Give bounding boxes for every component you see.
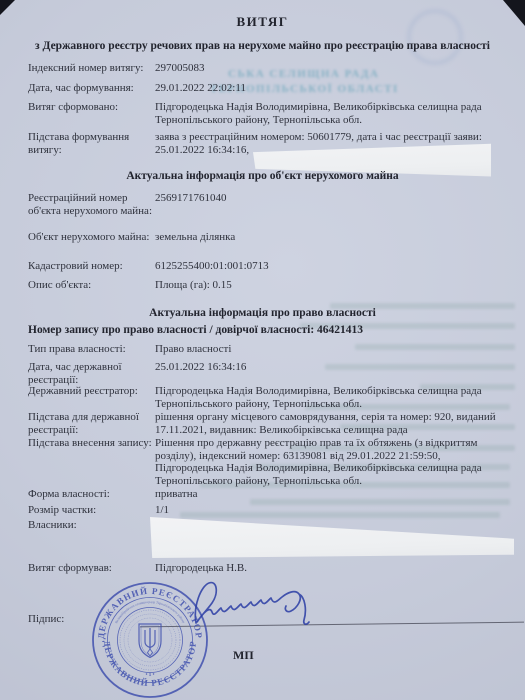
field-value: Підгородецька Надія Володимирівна, Велик… xyxy=(155,101,507,127)
formed-by-value: Підгородецька Н.В. xyxy=(155,562,507,575)
field-value: приватна xyxy=(155,488,507,501)
field-label: Реєстраційний номер об'єкта нерухомого м… xyxy=(28,192,155,218)
field-value: Рішення про державну реєстрацію прав та … xyxy=(155,437,507,487)
field-label: Дата, час формування: xyxy=(28,82,155,95)
field-label: Витяг сформовано: xyxy=(28,101,155,114)
signature-icon xyxy=(180,578,320,638)
photo-corner-shadow xyxy=(0,0,15,15)
field-label: Державний реєстратор: xyxy=(28,385,155,398)
document-subtitle: з Державного реєстру речових прав на нер… xyxy=(10,40,515,52)
field-value: 25.01.2022 16:34:16 xyxy=(155,361,507,374)
field-value: рішення органу місцевого самоврядування,… xyxy=(155,411,507,437)
field-value: Підгородецька Надія Володимирівна, Велик… xyxy=(155,385,507,411)
field-label: Форма власності: xyxy=(28,488,155,501)
document-title: ВИТЯГ xyxy=(0,14,525,30)
field-label: Власники: xyxy=(28,519,155,532)
field-label: Розмір частки: xyxy=(28,504,155,517)
svg-text:• 1 •: • 1 • xyxy=(145,672,155,678)
field-label: Підстава для державної реєстрації: xyxy=(28,411,155,437)
field-label: Підстава формування витягу: xyxy=(28,131,155,157)
field-value: 2569171761040 xyxy=(155,192,507,205)
field-value: Площа (га): 0.15 xyxy=(155,279,507,292)
field-value: 6125255400:01:001:0713 xyxy=(155,260,507,273)
field-value: 29.01.2022 22:02:11 xyxy=(155,82,507,95)
field-label: Дата, час державної реєстрації: xyxy=(28,361,155,387)
field-label: Кадастровий номер: xyxy=(28,260,155,273)
field-label: Об'єкт нерухомого майна: xyxy=(28,231,155,244)
ownership-record-number: Номер запису про право власності / довір… xyxy=(28,324,508,336)
field-value: 1/1 xyxy=(155,504,507,517)
document-photo: СЬКА СЕЛИЩНА РАДА ТЕРНОПІЛЬСЬКОЇ ОБЛАСТІ… xyxy=(0,0,525,700)
field-value: земельна ділянка xyxy=(155,231,507,244)
formed-by-label: Витяг сформував: xyxy=(28,562,155,575)
redaction-sticker-owners xyxy=(150,517,514,558)
field-label: Індексний номер витягу: xyxy=(28,62,155,75)
field-label: Тип права власності: xyxy=(28,343,155,356)
stamp-center-mark: • 1 • xyxy=(145,672,155,678)
field-label: Підстава внесення запису: xyxy=(28,437,155,450)
field-value: Право власності xyxy=(155,343,507,356)
section-header-ownership: Актуальна інформація про право власності xyxy=(0,307,525,319)
section-header-object: Актуальна інформація про об'єкт нерухомо… xyxy=(0,170,525,182)
seal-abbreviation: МП xyxy=(233,648,254,663)
signature-label: Підпис: xyxy=(28,613,64,625)
field-label: Опис об'єкта: xyxy=(28,279,155,292)
field-value: 297005083 xyxy=(155,62,507,75)
